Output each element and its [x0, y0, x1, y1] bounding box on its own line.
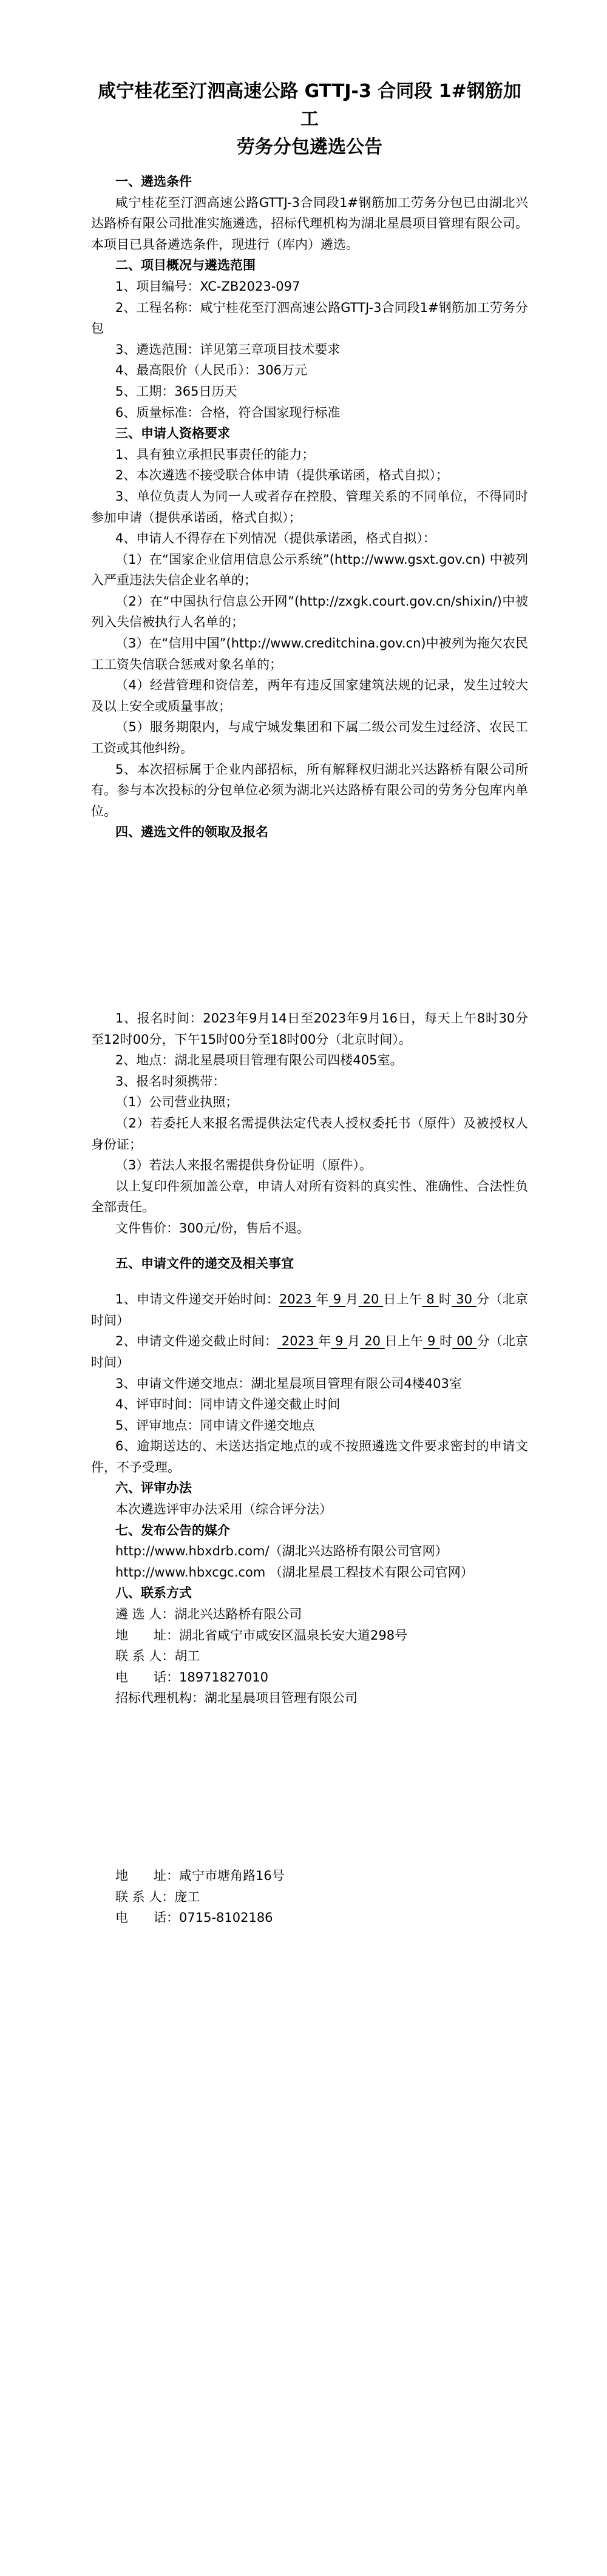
- paragraph: 5、工期：365日历天: [91, 381, 528, 402]
- text-segment: 年: [316, 1292, 328, 1307]
- section-heading: 二、项目概况与遴选范围: [91, 255, 528, 276]
- underlined-blank: 2023: [279, 1292, 316, 1307]
- text-segment: 月: [347, 1334, 360, 1348]
- paragraph: http://www.hbxdrb.com/（湖北兴达路桥有限公司官网）: [91, 1541, 528, 1562]
- text-segment: 日上午: [383, 1292, 422, 1307]
- paragraph: 2、工程名称：咸宁桂花至汀泗高速公路GTTJ-3合同段1#钢筋加工劳务分包: [91, 297, 528, 339]
- paragraph: 2、本次遴选不接受联合体申请（提供承诺函，格式自拟）；: [91, 465, 528, 486]
- paragraph: 1、报名时间：2023年9月14日至2023年9月16日，每天上午8时30分至1…: [91, 1008, 528, 1050]
- underlined-blank: 9: [329, 1292, 345, 1307]
- paragraph: 3、申请文件递交地点：湖北星晨项目管理有限公司4楼403室: [91, 1373, 528, 1394]
- paragraph: 3、报名时须携带：: [91, 1071, 528, 1092]
- doc-title-line1: 咸宁桂花至汀泗高速公路 GTTJ-3 合同段 1#钢筋加工: [91, 78, 528, 134]
- paragraph: 2、地点：湖北星晨项目管理有限公司四楼405室。: [91, 1050, 528, 1071]
- paragraph: 本次遴选评审办法采用（综合评分法）: [91, 1499, 528, 1520]
- underlined-blank: 00: [452, 1334, 476, 1348]
- paragraph: 2、申请文件递交截止时间： 2023 年 9 月 20 日上午 9 时 00 分…: [91, 1331, 528, 1373]
- paragraph: （4）经营管理和资信差，两年有违反国家建筑法规的记录，发生过较大及以上安全或质量…: [91, 675, 528, 717]
- underlined-blank: 2023: [277, 1334, 318, 1348]
- blank-space: [91, 1709, 528, 1865]
- paragraph: （2）在“中国执行信息公开网”(http://zxgk.court.gov.cn…: [91, 591, 528, 633]
- text-segment: 年: [318, 1334, 331, 1348]
- section-heading: 六、评审办法: [91, 1478, 528, 1499]
- paragraph: 5、评审地点：同申请文件递交地点: [91, 1415, 528, 1436]
- paragraph: （3）若法人来报名需提供身份证明（原件）。: [91, 1155, 528, 1176]
- paragraph: （1）公司营业执照；: [91, 1092, 528, 1113]
- underlined-blank: 8: [422, 1292, 438, 1307]
- text-segment: 月: [345, 1292, 358, 1307]
- paragraph: （2）若委托人来报名需提供法定代表人授权委托书（原件）及被授权人身份证；: [91, 1113, 528, 1155]
- text-segment: 2、申请文件递交截止时间：: [115, 1334, 277, 1348]
- paragraph: 联 系 人：庞工: [91, 1887, 528, 1908]
- text-segment: 时: [439, 1292, 452, 1307]
- paragraph: （3）在“信用中国”(http://www.creditchina.gov.cn…: [91, 633, 528, 675]
- page: 咸宁桂花至汀泗高速公路 GTTJ-3 合同段 1#钢筋加工 劳务分包遴选公告 一…: [0, 0, 607, 2576]
- paragraph: 6、逾期送达的、未送达指定地点的或不按照遴选文件要求密封的申请文件，不予受理。: [91, 1436, 528, 1478]
- doc-body: 一、遴选条件咸宁桂花至汀泗高速公路GTTJ-3合同段1#钢筋加工劳务分包已由湖北…: [91, 171, 528, 1929]
- paragraph: 以上复印件须加盖公章，申请人对所有资料的真实性、准确性、合法性负全部责任。: [91, 1176, 528, 1218]
- paragraph: 3、遴选范围：详见第三章项目技术要求: [91, 339, 528, 360]
- paragraph: 4、申请人不得存在下列情况（提供承诺函，格式自拟）：: [91, 528, 528, 549]
- paragraph: 1、具有独立承担民事责任的能力；: [91, 444, 528, 465]
- paragraph: 联 系 人：胡工: [91, 1646, 528, 1667]
- paragraph: 3、单位负责人为同一人或者存在控股、管理关系的不同单位，不得同时参加申请（提供承…: [91, 486, 528, 528]
- paragraph: 文件售价：300元/份，售后不退。: [91, 1218, 528, 1239]
- paragraph: 咸宁桂花至汀泗高速公路GTTJ-3合同段1#钢筋加工劳务分包已由湖北兴达路桥有限…: [91, 192, 528, 255]
- section-heading: 一、遴选条件: [91, 171, 528, 192]
- paragraph: 地 址：湖北省咸宁市咸安区温泉长安大道298号: [91, 1625, 528, 1646]
- text-segment: 时: [439, 1334, 452, 1348]
- section-heading: 七、发布公告的媒介: [91, 1520, 528, 1541]
- paragraph: 1、项目编号：XC-ZB2023-097: [91, 276, 528, 297]
- underlined-blank: 30: [452, 1292, 476, 1307]
- section-heading: 四、遴选文件的领取及报名: [91, 822, 528, 843]
- paragraph: 遴 选 人：湖北兴达路桥有限公司: [91, 1604, 528, 1625]
- section-heading: 八、联系方式: [91, 1583, 528, 1604]
- underlined-blank: 9: [331, 1334, 347, 1348]
- underlined-blank: 20: [359, 1292, 384, 1307]
- document: 咸宁桂花至汀泗高速公路 GTTJ-3 合同段 1#钢筋加工 劳务分包遴选公告 一…: [91, 78, 528, 1929]
- paragraph: http://www.hbxcgc.com （湖北星晨工程技术有限公司官网）: [91, 1562, 528, 1583]
- paragraph: 4、评审时间：同申请文件递交截止时间: [91, 1394, 528, 1415]
- paragraph: 6、质量标准：合格，符合国家现行标准: [91, 402, 528, 424]
- paragraph: 电 话：18971827010: [91, 1667, 528, 1688]
- paragraph: 4、最高限价（人民币）：306万元: [91, 360, 528, 381]
- section-heading: 五、申请文件的递交及相关事宜: [91, 1253, 528, 1274]
- text-segment: 日上午: [385, 1334, 423, 1348]
- underlined-blank: 9: [423, 1334, 439, 1348]
- paragraph: （5）服务期限内，与咸宁城发集团和下属二级公司发生过经济、农民工工资或其他纠纷。: [91, 717, 528, 759]
- underlined-blank: 20: [360, 1334, 384, 1348]
- paragraph: 5、本次招标属于企业内部招标，所有解释权归湖北兴达路桥有限公司所有。参与本次投标…: [91, 759, 528, 822]
- section-heading: 三、申请人资格要求: [91, 423, 528, 444]
- paragraph: 地 址：咸宁市塘角路16号: [91, 1865, 528, 1887]
- paragraph: 电 话：0715-8102186: [91, 1907, 528, 1929]
- text-segment: 1、申请文件递交开始时间：: [115, 1292, 279, 1307]
- paragraph: 招标代理机构：湖北星晨项目管理有限公司: [91, 1688, 528, 1709]
- paragraph: 1、申请文件递交开始时间：2023 年 9 月 20 日上午 8 时 30 分（…: [91, 1289, 528, 1331]
- paragraph: （1）在“国家企业信用信息公示系统”(http://www.gsxt.gov.c…: [91, 549, 528, 591]
- blank-space: [91, 843, 528, 1008]
- doc-title: 咸宁桂花至汀泗高速公路 GTTJ-3 合同段 1#钢筋加工 劳务分包遴选公告: [91, 78, 528, 161]
- doc-title-line2: 劳务分包遴选公告: [91, 134, 528, 161]
